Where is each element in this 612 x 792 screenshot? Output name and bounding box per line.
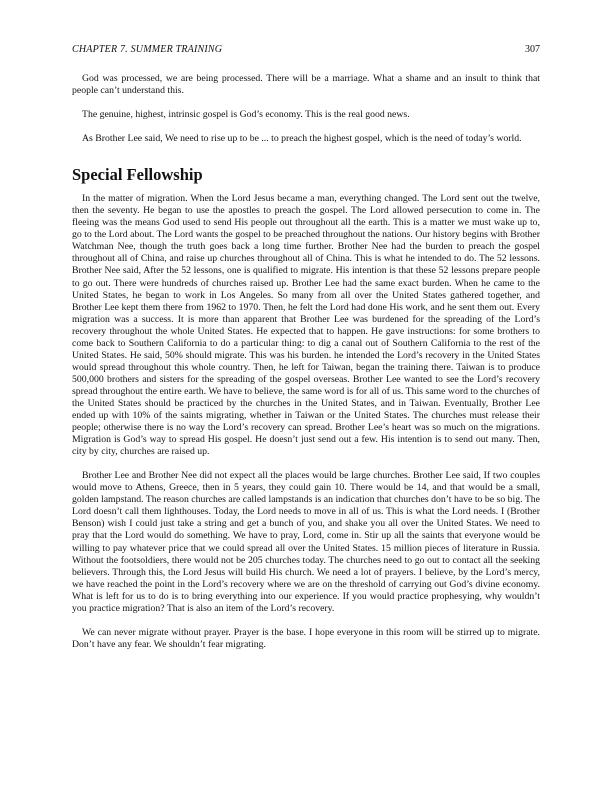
paragraph: The genuine, highest, intrinsic gospel i… bbox=[72, 109, 540, 121]
document-page: CHAPTER 7. SUMMER TRAINING 307 God was p… bbox=[72, 44, 540, 651]
page-number: 307 bbox=[525, 44, 540, 56]
paragraph: As Brother Lee said, We need to rise up … bbox=[72, 133, 540, 145]
section-heading: Special Fellowship bbox=[72, 165, 540, 185]
chapter-title: CHAPTER 7. SUMMER TRAINING bbox=[72, 44, 222, 56]
running-header: CHAPTER 7. SUMMER TRAINING 307 bbox=[72, 44, 540, 56]
paragraph: Brother Lee and Brother Nee did not expe… bbox=[72, 470, 540, 615]
paragraph: In the matter of migration. When the Lor… bbox=[72, 193, 540, 458]
paragraph: We can never migrate without prayer. Pra… bbox=[72, 627, 540, 651]
paragraph: God was processed, we are being processe… bbox=[72, 73, 540, 97]
